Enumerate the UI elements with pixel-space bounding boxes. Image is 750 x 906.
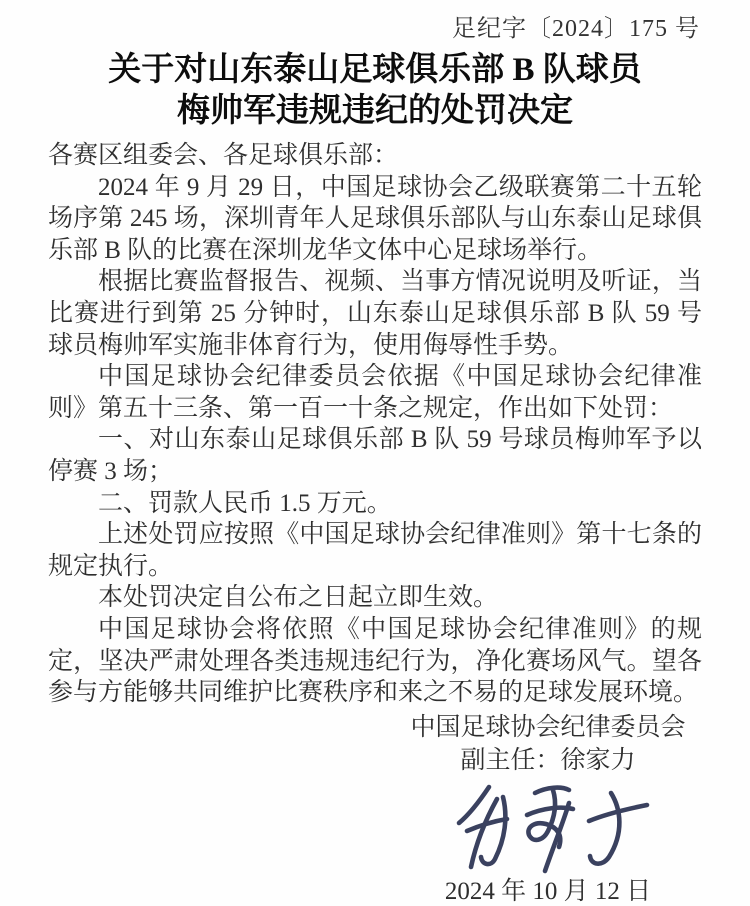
- document-title-line2: 梅帅军违规违纪的处罚决定: [48, 91, 702, 132]
- salutation: 各赛区组委会、各足球俱乐部：: [48, 140, 702, 172]
- handwritten-signature: [451, 779, 661, 875]
- body-paragraph-basis: 中国足球协会纪律委员会依据《中国足球协会纪律准则》第五十三条、第一百一十条之规定…: [48, 361, 702, 424]
- document-title-line1: 关于对山东泰山足球俱乐部 B 队球员: [48, 50, 702, 91]
- body-paragraph-closing: 中国足球协会将依照《中国足球协会纪律准则》的规定，坚决严肃处理各类违规违纪行为，…: [48, 614, 702, 709]
- document-title: 关于对山东泰山足球俱乐部 B 队球员 梅帅军违规违纪的处罚决定: [48, 50, 702, 132]
- body-paragraph-violation: 根据比赛监督报告、视频、当事方情况说明及听证，当比赛进行到第 25 分钟时，山东…: [48, 266, 702, 361]
- body-paragraph-match-info: 2024 年 9 月 29 日，中国足球协会乙级联赛第二十五轮场序第 245 场…: [48, 172, 702, 267]
- document-page: 足纪字〔2024〕175 号 关于对山东泰山足球俱乐部 B 队球员 梅帅军违规违…: [0, 0, 750, 906]
- signer-title-name: 副主任：徐家力: [358, 744, 738, 777]
- issuing-organization: 中国足球协会纪律委员会: [358, 711, 738, 744]
- signoff-block: 中国足球协会纪律委员会 副主任：徐家力: [358, 711, 738, 906]
- body-paragraph-penalty-1: 一、对山东泰山足球俱乐部 B 队 59 号球员梅帅军予以停赛 3 场；: [48, 424, 702, 487]
- body-paragraph-penalty-2: 二、罚款人民币 1.5 万元。: [48, 488, 702, 520]
- body-paragraph-effective: 本处罚决定自公布之日起立即生效。: [48, 582, 702, 614]
- doc-number: 足纪字〔2024〕175 号: [48, 14, 702, 44]
- body-paragraph-execution: 上述处罚应按照《中国足球协会纪律准则》第十七条的规定执行。: [48, 519, 702, 582]
- document-body: 各赛区组委会、各足球俱乐部： 2024 年 9 月 29 日，中国足球协会乙级联…: [48, 140, 702, 709]
- issue-date: 2024 年 10 月 12 日: [358, 875, 738, 906]
- signature-ink-strokes: [451, 779, 661, 875]
